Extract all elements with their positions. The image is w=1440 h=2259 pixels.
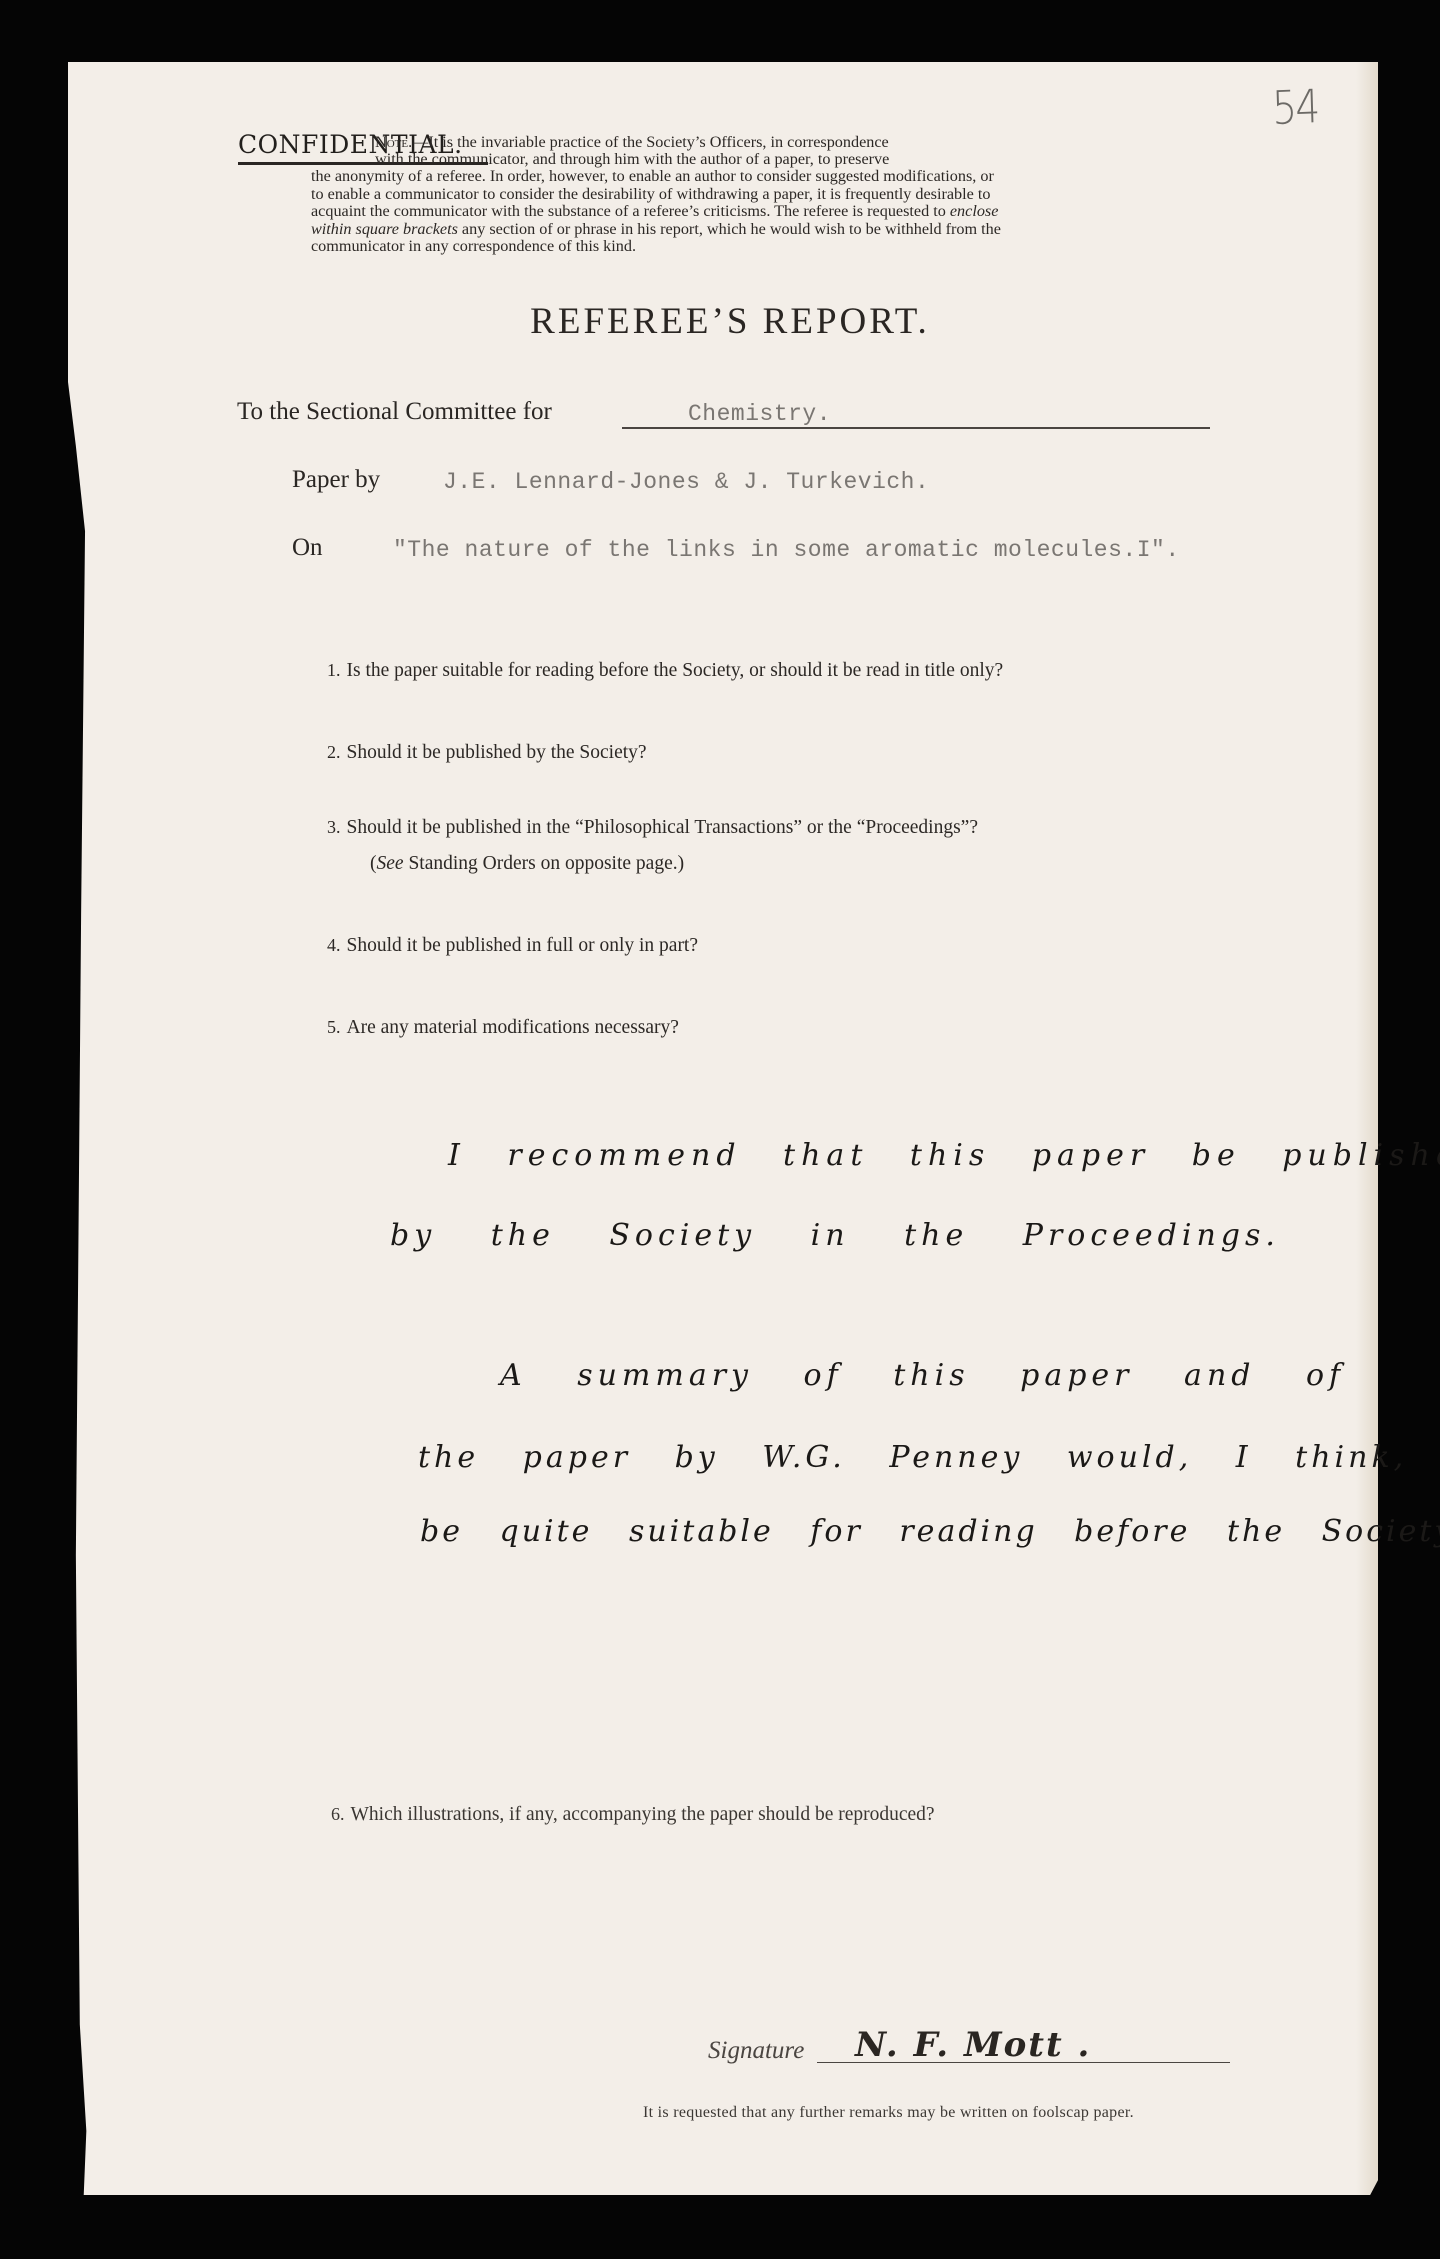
- signature-label: Signature: [708, 2037, 804, 2065]
- question-2: 2.Should it be published by the Society?: [327, 742, 647, 764]
- handwritten-line-2: by the Society in the Proceedings.: [390, 1218, 1280, 1253]
- paper-title-field[interactable]: "The nature of the links in some aromati…: [393, 537, 1180, 563]
- on-label: On: [292, 534, 323, 562]
- question-4: 4.Should it be published in full or only…: [327, 935, 698, 957]
- document-page: [68, 62, 1378, 2195]
- question-6: 6.Which illustrations, if any, accompany…: [331, 1804, 935, 1826]
- committee-field[interactable]: Chemistry.: [688, 401, 831, 427]
- signature-underline: [817, 2062, 1230, 2063]
- question-3: 3.Should it be published in the “Philoso…: [327, 817, 978, 839]
- note-line-2: with the communicator, and through him w…: [375, 151, 1207, 169]
- note-line-6: within square brackets any section of or…: [311, 221, 1207, 239]
- note-line-4: to enable a communicator to consider the…: [311, 186, 1207, 204]
- handwritten-line-4: the paper by W.G. Penney would, I think,: [418, 1440, 1407, 1475]
- note-line-7: communicator in any correspondence of th…: [311, 238, 636, 256]
- committee-label: To the Sectional Committee for: [237, 398, 552, 426]
- handwritten-line-5: be quite suitable for reading before the…: [420, 1514, 1440, 1549]
- question-3-note: (See Standing Orders on opposite page.): [370, 853, 684, 875]
- note-line-5: acquaint the communicator with the subst…: [311, 203, 1207, 221]
- report-title: REFEREE’S REPORT.: [0, 300, 1440, 343]
- question-1: 1.Is the paper suitable for reading befo…: [327, 660, 1003, 682]
- note-line-3: the anonymity of a referee. In order, ho…: [311, 168, 1207, 186]
- question-5: 5.Are any material modifications necessa…: [327, 1017, 679, 1039]
- paper-by-field[interactable]: J.E. Lennard-Jones & J. Turkevich.: [443, 469, 929, 495]
- note-line-1: Note.—It is the invariable practice of t…: [375, 134, 1207, 152]
- handwritten-line-3: A summary of this paper and of: [500, 1358, 1345, 1393]
- handwritten-line-1: I recommend that this paper be published: [448, 1138, 1440, 1173]
- page-number: 54: [1271, 79, 1319, 135]
- paper-by-label: Paper by: [292, 466, 380, 494]
- committee-field-underline: [622, 427, 1210, 429]
- signature-field[interactable]: N. F. Mott .: [855, 2025, 1091, 2065]
- footer-note: It is requested that any further remarks…: [643, 2104, 1134, 2122]
